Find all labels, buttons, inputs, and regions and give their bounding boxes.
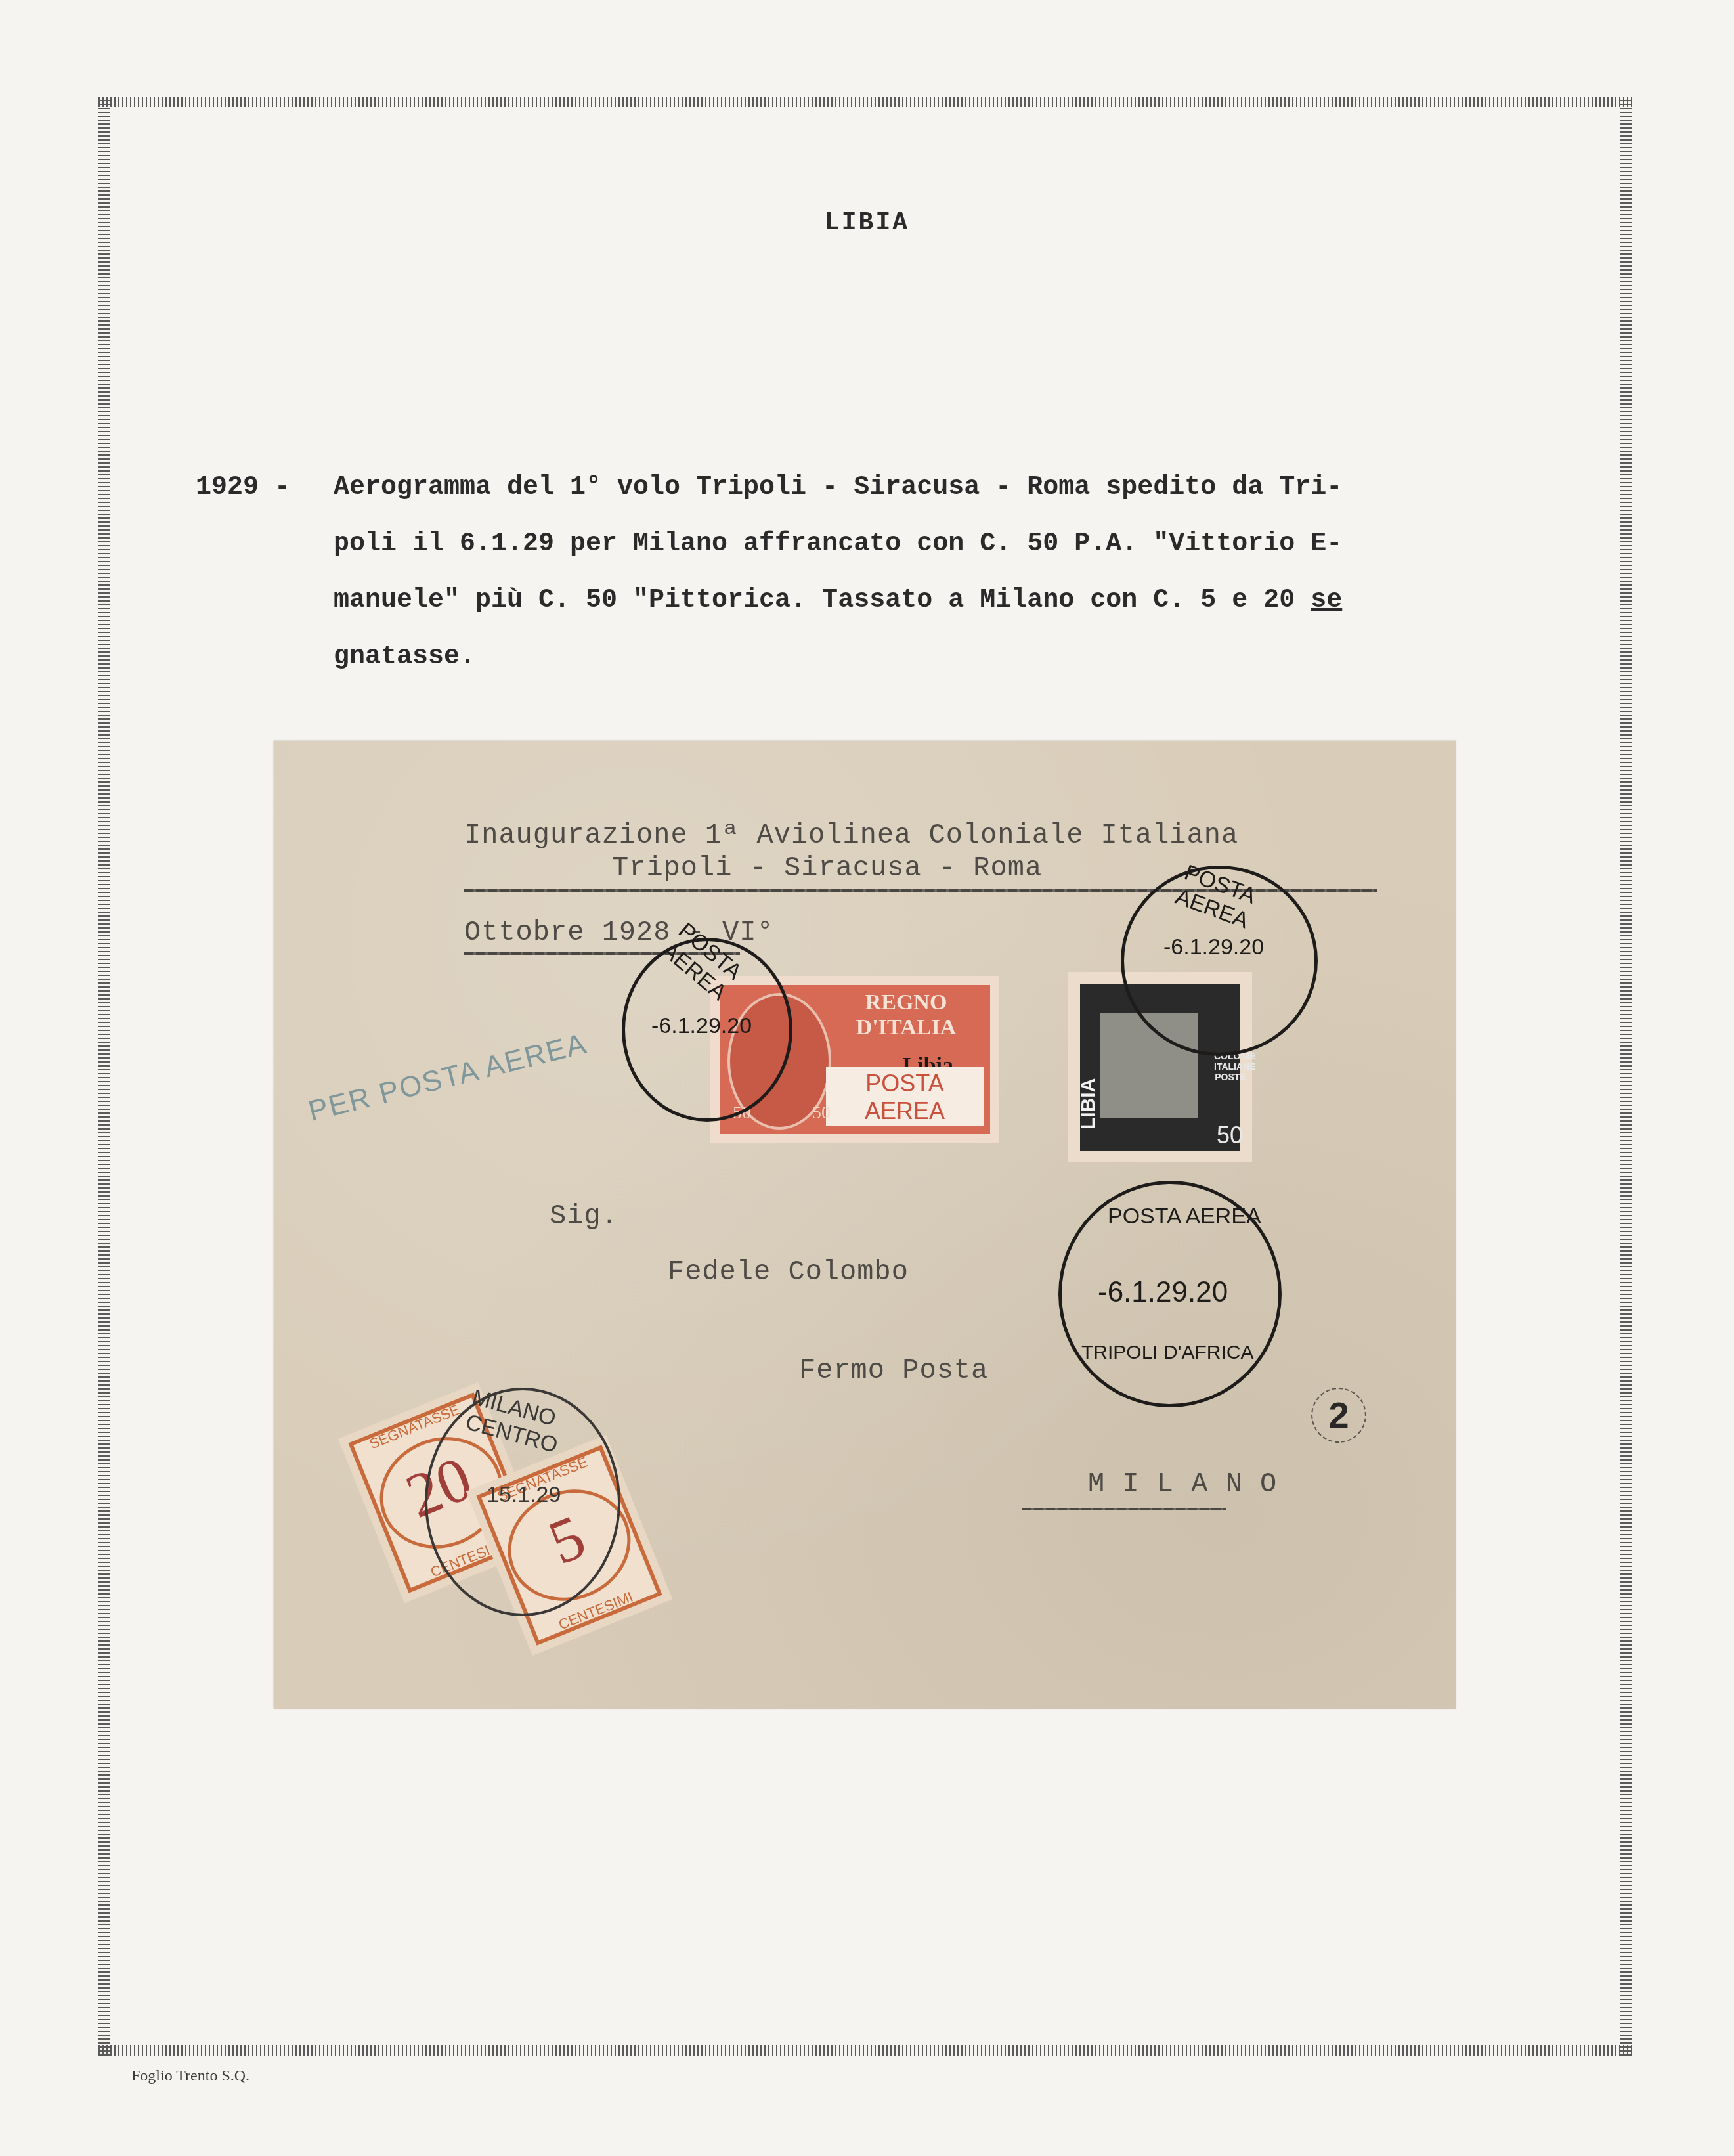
stamp-line1: REGNO bbox=[827, 990, 985, 1015]
album-page-maker: Foglio Trento S.Q. bbox=[131, 2067, 249, 2085]
postmark-top: MILANO CENTRO bbox=[463, 1385, 622, 1474]
postmark-date: -6.1.29.20 bbox=[1163, 935, 1264, 960]
page-title: LIBIA bbox=[0, 209, 1734, 237]
box-line2: AEREA bbox=[826, 1097, 984, 1125]
address-name: Fedele Colombo bbox=[668, 1256, 909, 1288]
border-left bbox=[98, 97, 110, 2056]
description-line: Aerogramma del 1° volo Tripoli - Siracus… bbox=[334, 460, 1342, 516]
postmark-date: -6.1.29.20 bbox=[651, 1013, 752, 1039]
cover-header-line1: Inaugurazione 1ª Aviolinea Coloniale Ita… bbox=[464, 820, 1238, 851]
stamp-line2: D'ITALIA bbox=[827, 1015, 985, 1040]
border-right bbox=[1620, 97, 1632, 2056]
box-line1: POSTA bbox=[826, 1070, 984, 1097]
description-line: poli il 6.1.29 per Milano affrancato con… bbox=[334, 516, 1342, 573]
posta-aerea-box: POSTA AEREA bbox=[826, 1067, 984, 1126]
stamp-value: 50 bbox=[812, 1103, 831, 1124]
description-line: gnatasse. bbox=[334, 629, 475, 686]
border-bottom bbox=[98, 2045, 1632, 2056]
stamp-country-text: REGNO D'ITALIA bbox=[827, 990, 985, 1040]
tax-handstamp: 2 bbox=[1311, 1388, 1366, 1443]
postmark-tripoli: POSTA AEREA -6.1.29.20 bbox=[622, 938, 792, 1122]
description-line-text: manuele" più C. 50 "Pittorica. Tassato a… bbox=[334, 586, 1311, 615]
address-salutation: Sig. bbox=[550, 1200, 618, 1232]
description-year: 1929 - bbox=[196, 460, 290, 516]
postmark-top: POSTA AEREA bbox=[1108, 1204, 1261, 1229]
cover-header-line2: Tripoli - Siracusa - Roma bbox=[612, 852, 1042, 884]
address-city: M I L A N O bbox=[1088, 1468, 1277, 1500]
postmark-bottom: TRIPOLI D'AFRICA bbox=[1081, 1342, 1253, 1364]
city-rule bbox=[1022, 1508, 1226, 1510]
stamp-value: 50 bbox=[1217, 1122, 1243, 1149]
address-service: Fermo Posta bbox=[799, 1355, 988, 1386]
underlined-fragment: se bbox=[1311, 586, 1342, 615]
postmark-tripoli: POSTA AEREA -6.1.29.20 TRIPOLI D'AFRICA bbox=[1058, 1181, 1282, 1407]
postmark-tripoli: POSTA AEREA -6.1.29.20 bbox=[1121, 866, 1318, 1056]
border-top bbox=[98, 97, 1632, 107]
description-line: manuele" più C. 50 "Pittorica. Tassato a… bbox=[334, 573, 1342, 629]
postmark-milano: MILANO CENTRO 15.1.29 bbox=[425, 1388, 620, 1616]
airmail-cover: Inaugurazione 1ª Aviolinea Coloniale Ita… bbox=[274, 741, 1456, 1709]
per-posta-aerea-cachet: PER POSTA AEREA bbox=[305, 1027, 590, 1128]
postmark-date: -6.1.29.20 bbox=[1098, 1276, 1228, 1309]
stamp-country: LIBIA bbox=[1077, 1078, 1100, 1130]
postmark-date: 15.1.29 bbox=[487, 1482, 561, 1508]
